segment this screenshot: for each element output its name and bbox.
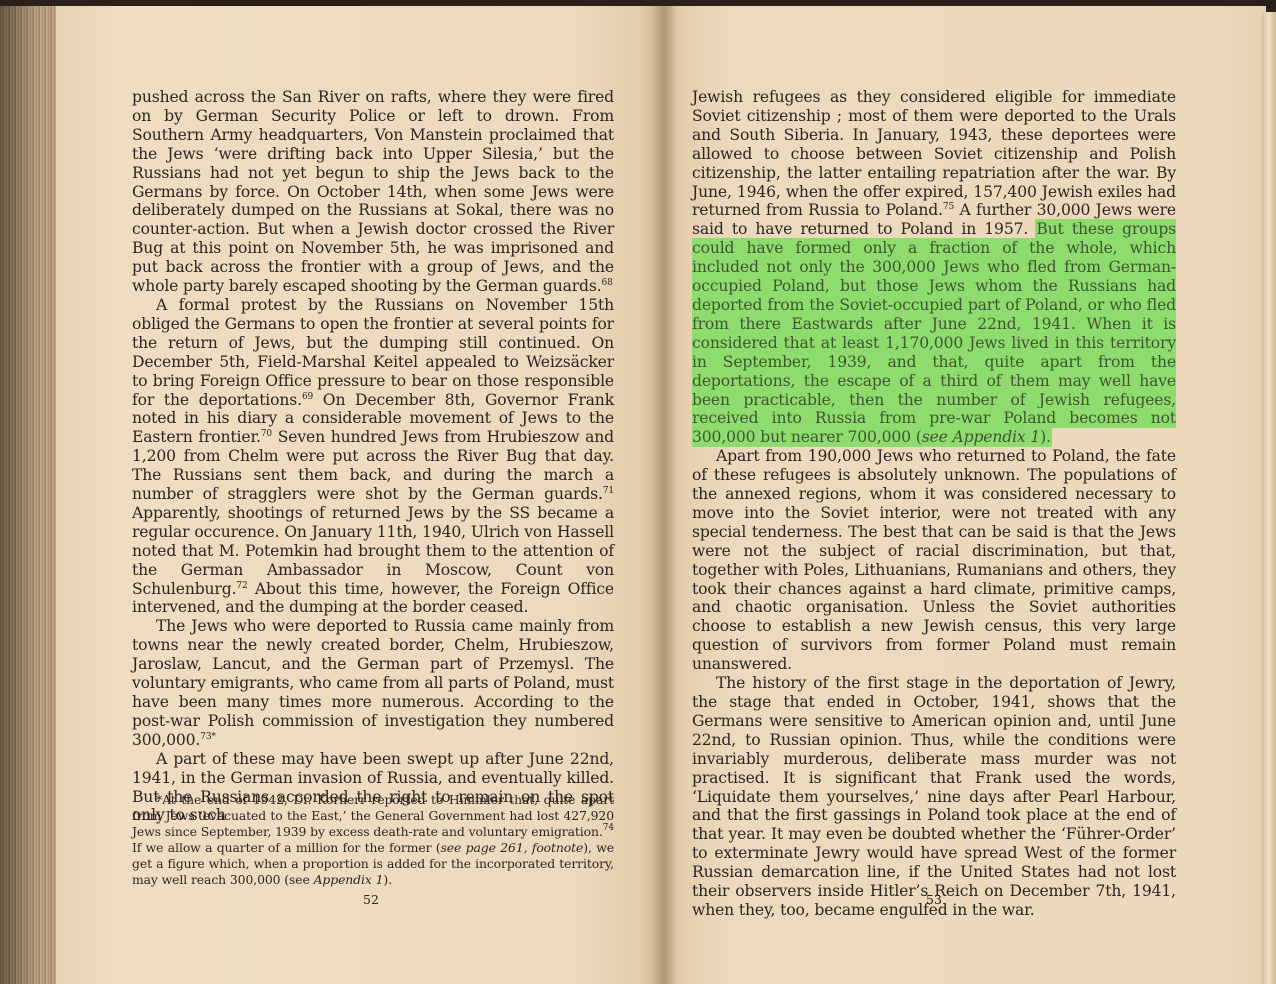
- open-book: pushed across the San River on rafts, wh…: [0, 0, 1276, 984]
- text-run: *At the end of 1942, Dr. Korherr reporte…: [132, 792, 614, 839]
- footnote-reference: 68: [602, 278, 613, 288]
- footnote-reference: 73*: [200, 732, 216, 742]
- text-run: The Jews who were deported to Russia cam…: [132, 617, 614, 748]
- right-page: Jewish refugees as they considered eligi…: [664, 6, 1266, 984]
- text-run: If we allow a quarter of a million for t…: [132, 840, 441, 855]
- footnote-reference: 69: [302, 392, 313, 402]
- footnote-reference: 75: [943, 202, 954, 212]
- highlighted-text: ).: [1040, 428, 1051, 446]
- footnote-reference: 70: [261, 429, 272, 439]
- text-run: Jewish refugees as they considered eligi…: [692, 88, 1176, 219]
- right-page-body: Jewish refugees as they considered eligi…: [692, 88, 1176, 920]
- highlighted-italic-reference: see Appendix 1: [922, 428, 1040, 446]
- book-gutter: [652, 6, 676, 984]
- paragraph: Jewish refugees as they considered eligi…: [692, 88, 1176, 447]
- text-run: The history of the first stage in the de…: [692, 674, 1176, 919]
- footnote-reference: 74: [603, 823, 614, 833]
- footnote-reference: 72: [236, 581, 247, 591]
- italic-reference: see page 261, footnote: [441, 840, 584, 855]
- left-page: pushed across the San River on rafts, wh…: [56, 6, 664, 984]
- paragraph: pushed across the San River on rafts, wh…: [132, 88, 614, 296]
- left-page-body: pushed across the San River on rafts, wh…: [132, 88, 614, 825]
- paragraph: Apart from 190,000 Jews who returned to …: [692, 447, 1176, 674]
- text-run: Apart from 190,000 Jews who returned to …: [692, 447, 1176, 673]
- page-number-left: 52: [351, 892, 391, 907]
- footnote-reference: 71: [603, 486, 614, 496]
- text-run: pushed across the San River on rafts, wh…: [132, 88, 614, 295]
- page-number-right: 53: [914, 892, 954, 907]
- left-page-edges: [0, 6, 56, 984]
- right-page-edges: [1262, 12, 1276, 984]
- paragraph: The history of the first stage in the de…: [692, 674, 1176, 920]
- italic-reference: Appendix 1: [314, 872, 384, 887]
- paragraph: The Jews who were deported to Russia cam…: [132, 617, 614, 749]
- text-run: ).: [383, 872, 392, 887]
- paragraph: A formal protest by the Russians on Nove…: [132, 296, 614, 617]
- highlighted-text: But these groups could have formed only …: [692, 220, 1176, 446]
- left-page-footnote: *At the end of 1942, Dr. Korherr reporte…: [132, 792, 614, 888]
- footnote-paragraph: *At the end of 1942, Dr. Korherr reporte…: [132, 792, 614, 888]
